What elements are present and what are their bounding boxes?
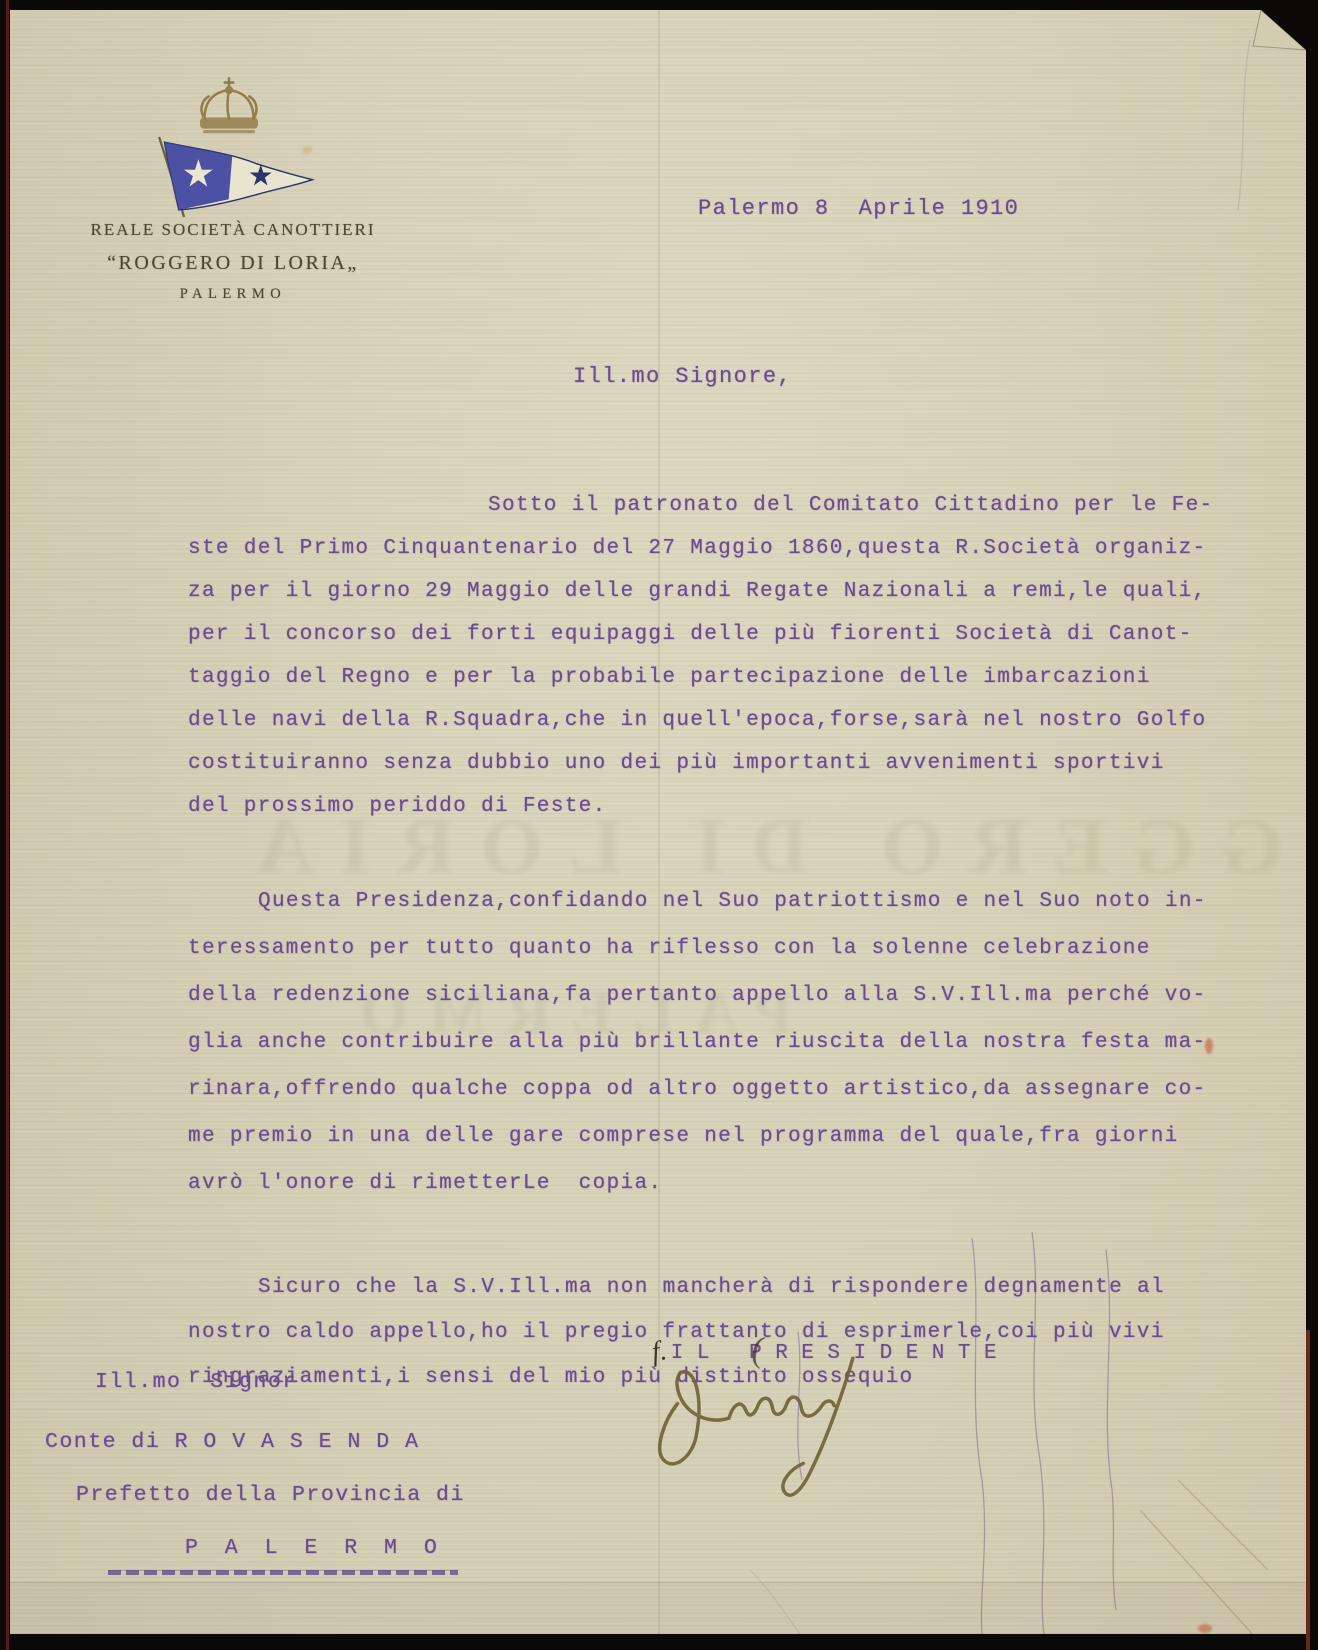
salutation: Ill.mo Signore, [573, 364, 792, 389]
recipient-city: P A L E R M O [185, 1536, 444, 1560]
horizontal-fold-crease [10, 1582, 1306, 1635]
recipient-title: Prefetto della Provincia di [76, 1483, 465, 1507]
scan-edge-red-right [1306, 1330, 1310, 1650]
paragraph: Sotto il patronato del Comitato Cittadin… [188, 484, 1228, 828]
typed-line: costituiranno senza dubbio uno dei più i… [188, 742, 1228, 785]
letter-paper: ROGGERO DI LORIA PALERMO REALE SOCIETÀ C… [10, 10, 1306, 1634]
typed-dashed-rule [108, 1570, 458, 1575]
letter-body: Sotto il patronato del Comitato Cittadin… [188, 438, 1228, 1446]
typed-line: Sotto il patronato del Comitato Cittadin… [188, 484, 1228, 527]
paragraph: Questa Presidenza,confidando nel Suo pat… [188, 878, 1228, 1207]
scanned-letter: ROGGERO DI LORIA PALERMO REALE SOCIETÀ C… [0, 0, 1318, 1650]
scan-background: { "colors": { "ink": "#6b4b92", "paper":… [0, 0, 1318, 1650]
typed-line: delle navi della R.Squadra,che in quell'… [188, 699, 1228, 742]
typed-line: della redenzione siciliana,fa pertanto a… [188, 972, 1228, 1019]
folded-corner [1253, 10, 1306, 50]
org-city: PALERMO [50, 286, 416, 303]
typed-line: del prossimo periddo di Feste. [188, 785, 1228, 828]
recipient-name: Conte di R O V A S E N D A [45, 1430, 419, 1454]
recipient-honorific: Ill.mo Signor [95, 1370, 297, 1394]
ink-stain [1205, 1038, 1213, 1054]
scan-edge-red-left [6, 0, 9, 1650]
typed-line: teressamento per tutto quanto ha rifless… [188, 925, 1228, 972]
org-name-line2: “ROGGERO DI LORIA„ [50, 252, 416, 275]
org-name-line1: REALE SOCIETÀ CANOTTIERI [50, 220, 416, 240]
typed-line: za per il giorno 29 Maggio delle grandi … [188, 570, 1228, 613]
typed-line: glia anche contribuire alla più brillant… [188, 1019, 1228, 1066]
typed-line: me premio in una delle gare comprese nel… [188, 1113, 1228, 1160]
typed-line: rinara,offrendo qualche coppa od altro o… [188, 1066, 1228, 1113]
handwritten-signature [638, 1350, 948, 1515]
paper-stain [302, 146, 312, 154]
typed-line: ste del Primo Cinquantenario del 27 Magg… [188, 527, 1228, 570]
typed-line: Sicuro che la S.V.Ill.ma non mancherà di… [188, 1265, 1228, 1310]
typed-line: taggio del Regno e per la probabile part… [188, 656, 1228, 699]
typed-line: Questa Presidenza,confidando nel Suo pat… [188, 878, 1228, 925]
date-line: Palermo 8 Aprile 1910 [698, 196, 1019, 221]
ink-stain [1198, 1624, 1212, 1633]
typed-line: avrò l'onore di rimetterLe copia. [188, 1160, 1228, 1207]
club-burgee-flag-icon [130, 128, 338, 226]
typed-line: per il concorso dei forti equipaggi dell… [188, 613, 1228, 656]
